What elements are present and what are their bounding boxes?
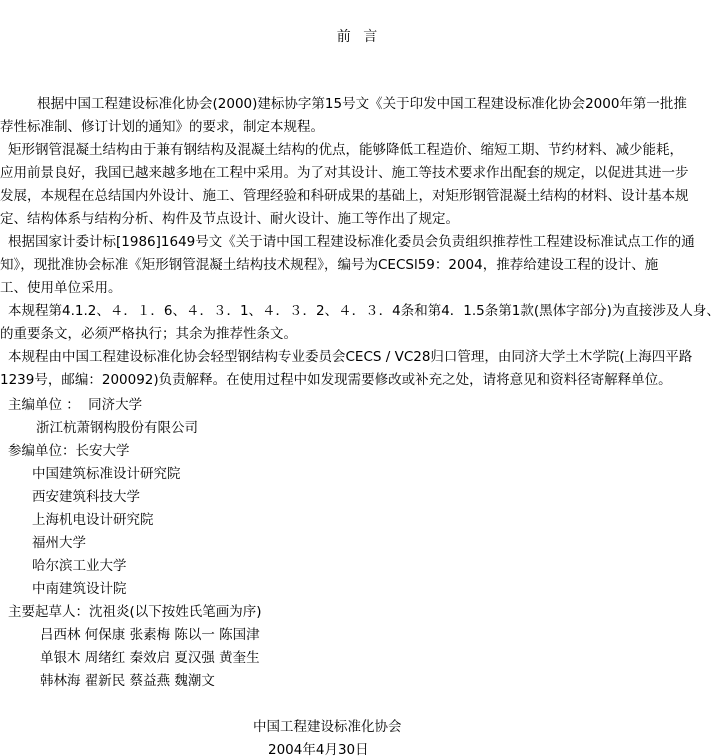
participating-editors-label: 参编单位： (8, 443, 76, 459)
paragraph-2-line-3: 发展，本规程在总结国内外设计、施工、管理经验和科研成果的基础上，对矩形钢管混凝土… (0, 186, 689, 206)
participating-editor-unit: 长安大学 (76, 443, 130, 459)
paragraph-5-line-1: 本规程由中国工程建设标准化协会轻型钢结构专业委员会CECS / VC28归口管理… (8, 347, 692, 367)
paragraph-3-line-3: 工、使用单位采用。 (0, 278, 122, 298)
main-drafters-row: 韩林海 翟新民 蔡益燕 魏潮文 (40, 671, 215, 691)
main-drafters-label: 主要起草人： (8, 604, 89, 620)
main-drafters-row: 吕西林 何保康 张素梅 陈以一 陈国津 (40, 625, 260, 645)
signature-date: 2004年4月30日 (268, 740, 369, 756)
chief-editors: 主编单位 ： 同济大学 (8, 395, 142, 415)
participating-editor-unit: 中南建筑设计院 (32, 579, 127, 599)
participating-editor-unit: 哈尔滨工业大学 (32, 556, 127, 576)
main-drafters-row: 单银木 周绪红 秦效启 夏汉强 黄奎生 (40, 648, 260, 668)
participating-editors: 参编单位：长安大学 (8, 441, 130, 461)
main-drafter-first: 沈祖炎(以下按姓氏笔画为序) (89, 604, 262, 620)
participating-editor-unit: 中国建筑标准设计研究院 (32, 464, 181, 484)
participating-editor-unit: 西安建筑科技大学 (32, 487, 140, 507)
paragraph-1-line-1: 根据中国工程建设标准化协会(2000)建标协字第15号文《关于印发中国工程建设标… (37, 94, 687, 114)
document-page: 前 言 根据中国工程建设标准化协会(2000)建标协字第15号文《关于印发中国工… (0, 0, 718, 756)
main-drafters: 主要起草人：沈祖炎(以下按姓氏笔画为序) (8, 602, 262, 622)
chief-editor-unit: 同济大学 (88, 397, 142, 413)
chief-editors-label: 主编单位 ： (8, 397, 80, 413)
participating-editor-unit: 上海机电设计研究院 (32, 510, 154, 530)
paragraph-3-line-2: 知》，现批准协会标准《矩形钢管混凝土结构技术规程》，编号为CECSl59：200… (0, 255, 658, 275)
paragraph-4-line-1: 本规程第4.1.2、４．１．6、４．３．1、４．３．2、４．３．4条和第4．1.… (8, 301, 718, 321)
page-title: 前 言 (0, 27, 718, 47)
paragraph-2-line-4: 定、结构体系与结构分析、构件及节点设计、耐火设计、施工等作出了规定。 (0, 209, 459, 229)
paragraph-1-line-2: 荐性标准制、修订计划的通知》的要求，制定本规程。 (0, 117, 324, 137)
participating-editor-unit: 福州大学 (32, 533, 86, 553)
signature-organization: 中国工程建设标准化协会 (253, 717, 402, 737)
paragraph-5-line-2: 1239号，邮编：200092)负责解释。在使用过程中如发现需要修改或补充之处，… (0, 370, 672, 390)
chief-editor-unit: 浙江杭萧钢构股份有限公司 (36, 418, 198, 438)
paragraph-3-line-1: 根据国家计委计标[1986]1649号文《关于请中国工程建设标准化委员会负责组织… (8, 232, 695, 252)
paragraph-2-line-2: 应用前景良好，我国已越来越多地在工程中采用。为了对其设计、施工等技术要求作出配套… (0, 163, 689, 183)
paragraph-4-line-2: 的重要条文，必须严格执行；其余为推荐性条文。 (0, 324, 297, 344)
paragraph-2-line-1: 矩形钢管混凝土结构由于兼有钢结构及混凝土结构的优点，能够降低工程造价、缩短工期、… (8, 140, 683, 160)
